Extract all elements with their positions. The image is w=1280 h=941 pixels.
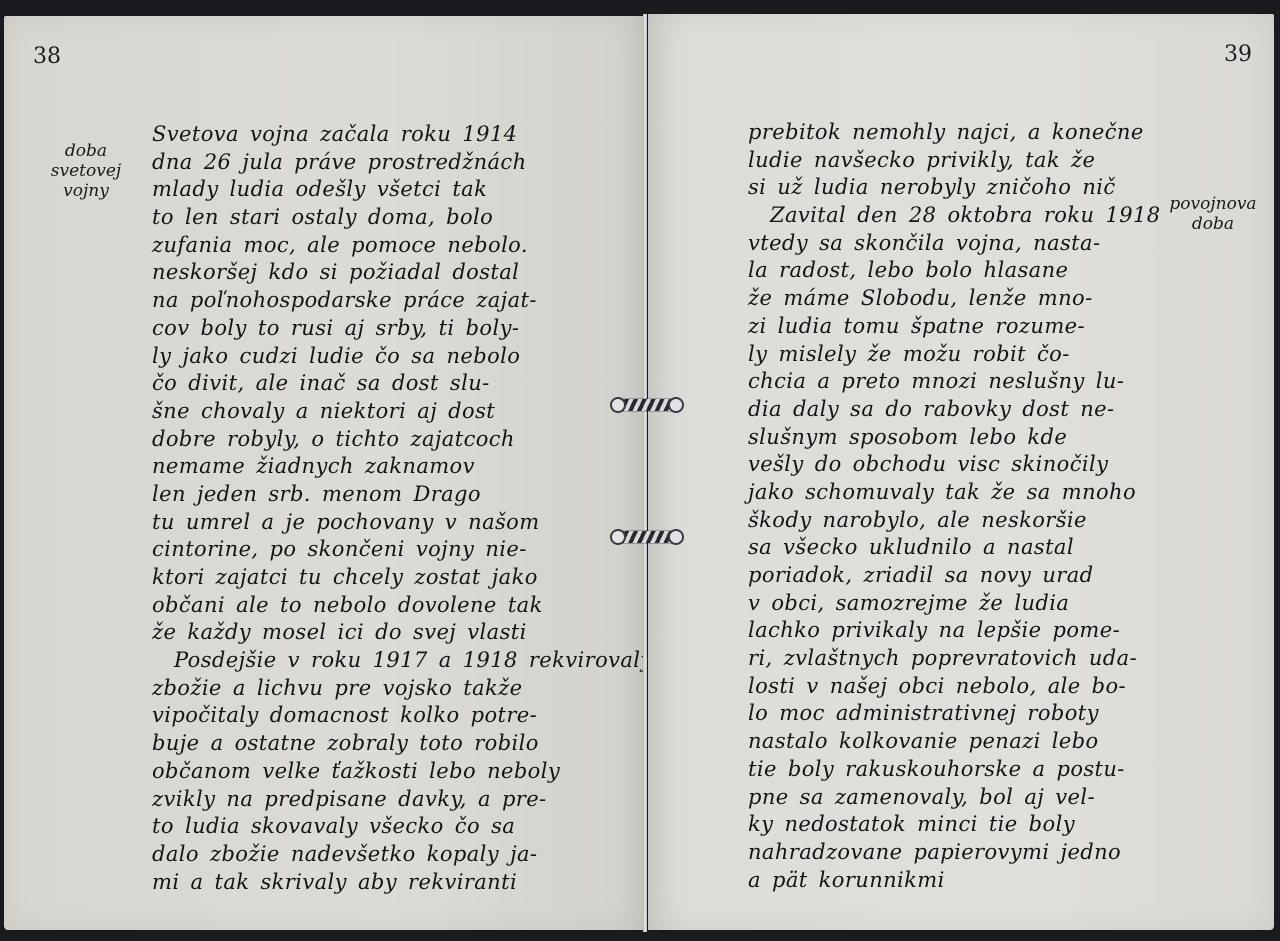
text-line: že máme Slobodu, lenže mno- xyxy=(748,285,1188,313)
binding-thread-icon xyxy=(616,399,678,411)
book-spread: 38 doba svetovej vojny Svetova vojna zač… xyxy=(0,0,1280,941)
text-line: nemame žiadnych zaknamov xyxy=(152,453,592,481)
text-line: občanom velke ťažkosti lebo neboly xyxy=(152,758,592,786)
text-line: ky nedostatok minci tie boly xyxy=(748,811,1188,839)
text-line: dalo zbožie nadevšetko kopaly ja- xyxy=(152,841,592,869)
text-line: dna 26 jula práve prostredžnách xyxy=(152,149,592,177)
left-page: 38 doba svetovej vojny Svetova vojna zač… xyxy=(4,16,644,930)
text-line: slušnym sposobom lebo kde xyxy=(748,424,1188,452)
text-line: la radost, lebo bolo hlasane xyxy=(748,257,1188,285)
text-line: na poľnohospodarske práce zajat- xyxy=(152,287,592,315)
text-line: zbožie a lichvu pre vojsko takže xyxy=(152,675,592,703)
text-line: to len stari ostaly doma, bolo xyxy=(152,204,592,232)
text-line: buje a ostatne zobraly toto robilo xyxy=(152,730,592,758)
text-line: ktori zajatci tu chcely zostat jako xyxy=(152,564,592,592)
text-line: v obci, samozrejme že ludia xyxy=(748,590,1188,618)
text-line: sa všecko ukludnilo a nastal xyxy=(748,534,1188,562)
text-line: zufania moc, ale pomoce nebolo. xyxy=(152,232,592,260)
text-line: vtedy sa skončila vojna, nasta- xyxy=(748,230,1188,258)
text-line: cintorine, po skončeni vojny nie- xyxy=(152,536,592,564)
text-line: občani ale to nebolo dovolene tak xyxy=(152,592,592,620)
text-line: čo divit, ale inač sa dost slu- xyxy=(152,370,592,398)
page-number-left: 38 xyxy=(33,44,61,69)
text-line: dobre robyly, o tichto zajatcoch xyxy=(152,426,592,454)
text-line: mi a tak skrivaly aby rekviranti xyxy=(152,869,592,897)
text-line: zvikly na predpisane davky, a pre- xyxy=(152,786,592,814)
text-line-paragraph-start: Posdejšie v roku 1917 a 1918 rekvirovaly xyxy=(152,647,592,675)
margin-note-line: svetovej xyxy=(46,161,126,181)
text-line: len jeden srb. menom Drago xyxy=(152,481,592,509)
text-line: neskoršej kdo si požiadal dostal xyxy=(152,259,592,287)
page-number-right: 39 xyxy=(1224,42,1252,67)
text-line: že každy mosel ici do svej vlasti xyxy=(152,619,592,647)
text-line: lachko privikaly na lepšie pome- xyxy=(748,617,1188,645)
text-line: jako schomuvaly tak že sa mnoho xyxy=(748,479,1188,507)
text-line: vešly do obchodu visc skinočily xyxy=(748,451,1188,479)
text-line: tie boly rakuskouhorske a postu- xyxy=(748,756,1188,784)
text-line: vipočitaly domacnost kolko potre- xyxy=(152,702,592,730)
margin-note-left: doba svetovej vojny xyxy=(46,141,126,201)
text-line: Svetova vojna začala roku 1914 xyxy=(152,121,592,149)
text-line: nastalo kolkovanie penazi lebo xyxy=(748,728,1188,756)
margin-note-line: doba xyxy=(46,141,126,161)
text-line: ly mislely že možu robit čo- xyxy=(748,341,1188,369)
text-line: šne chovaly a niektori aj dost xyxy=(152,398,592,426)
text-line: zi ludia tomu špatne rozume- xyxy=(748,313,1188,341)
binding-thread-icon xyxy=(616,531,678,543)
text-line: chcia a preto mnozi neslušny lu- xyxy=(748,368,1188,396)
left-page-text: Svetova vojna začala roku 1914 dna 26 ju… xyxy=(152,121,592,896)
text-line: prebitok nemohly najci, a konečne xyxy=(748,119,1188,147)
text-line: nahradzovane papierovymi jedno xyxy=(748,839,1188,867)
text-line: a pät korunnikmi xyxy=(748,867,1188,895)
text-line: ludie navšecko privikly, tak že xyxy=(748,147,1188,175)
text-line: ri, zvlaštnych poprevratovich uda- xyxy=(748,645,1188,673)
text-line: si už ludia nerobyly zničoho nič xyxy=(748,174,1188,202)
text-line: to ludia skovavaly všecko čo sa xyxy=(152,813,592,841)
text-line: cov boly to rusi aj srby, ti boly- xyxy=(152,315,592,343)
right-page-text: prebitok nemohly najci, a konečne ludie … xyxy=(748,119,1188,894)
text-line: škody narobylo, ale neskoršie xyxy=(748,507,1188,535)
right-page: 39 povojnova doba prebitok nemohly najci… xyxy=(648,14,1274,930)
text-line: dia daly sa do rabovky dost ne- xyxy=(748,396,1188,424)
text-line: pne sa zamenovaly, bol aj vel- xyxy=(748,784,1188,812)
text-line: losti v našej obci nebolo, ale bo- xyxy=(748,673,1188,701)
text-line: poriadok, zriadil sa novy urad xyxy=(748,562,1188,590)
text-line: tu umrel a je pochovany v našom xyxy=(152,509,592,537)
text-line-paragraph-start: Zavital den 28 oktobra roku 1918 xyxy=(748,202,1188,230)
book-gutter xyxy=(643,14,647,932)
text-line: mlady ludia odešly všetci tak xyxy=(152,176,592,204)
text-line: lo moc administrativnej roboty xyxy=(748,700,1188,728)
text-line: ly jako cudzi ludie čo sa nebolo xyxy=(152,343,592,371)
margin-note-line: vojny xyxy=(46,181,126,201)
